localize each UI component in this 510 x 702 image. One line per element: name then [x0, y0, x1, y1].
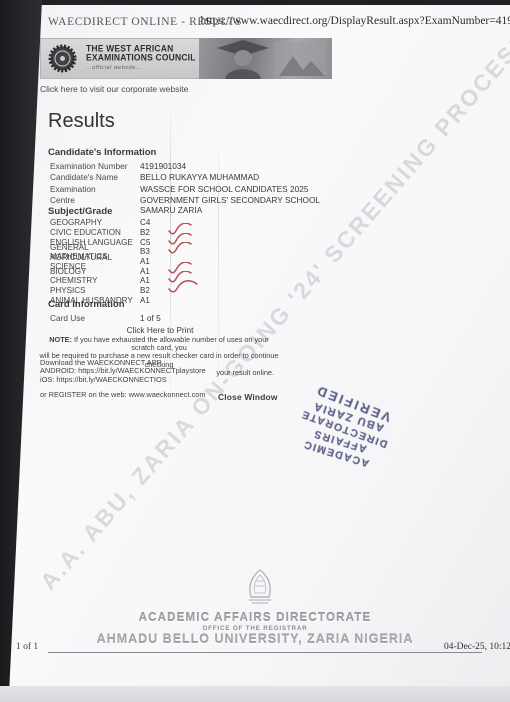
print-header-url: https://www.waecdirect.org/DisplayResult… [201, 15, 510, 27]
subject-grade: C5 [140, 238, 166, 247]
centre-line2: SAMARU ZARIA [140, 205, 202, 215]
directorate-name: ACADEMIC AFFAIRS DIRECTORATE [0, 612, 510, 624]
candidate-row-label: Centre [50, 195, 140, 205]
candidate-row-label: Examination Number [50, 161, 140, 171]
red-tick-mark-icon [168, 241, 192, 259]
banner-graduate-photo [199, 38, 332, 79]
subject-grade: B2 [140, 228, 166, 237]
waec-banner: THE WEST AFRICAN EXAMINATIONS COUNCIL ..… [40, 38, 332, 79]
candidate-row-label: Examination [50, 184, 140, 194]
close-window-link: Close Window [218, 392, 278, 402]
subject-row: PHYSICS B2 [50, 286, 198, 296]
scanner-edge-bottom [0, 686, 510, 702]
subject-name: GEOGRAPHY [50, 218, 140, 227]
card-use-value: 1 of 5 [140, 313, 161, 323]
org-name-subtitle: ...official website... [86, 64, 196, 73]
note-bold: NOTE: [49, 335, 72, 344]
card-use-row: Card Use 1 of 5 [50, 313, 161, 324]
subject-name: CIVIC EDUCATION [50, 228, 140, 237]
note-line1: NOTE: If you have exhausted the allowabl… [38, 336, 280, 352]
card-info-rows: Card Use 1 of 5 [50, 313, 161, 324]
footer-rule [48, 652, 482, 653]
candidate-row-value: BELLO RUKAYYA MUHAMMAD [140, 172, 259, 182]
subject-grade: A1 [140, 276, 166, 285]
subject-name: BIOLOGY [50, 267, 140, 276]
card-use-label: Card Use [50, 313, 140, 323]
card-info-heading: Card Information [48, 299, 125, 310]
candidate-row-label: Candidate's Name [50, 172, 140, 182]
red-tick-mark-icon [168, 280, 198, 299]
university-name: AHMADU BELLO UNIVERSITY, ZARIA NIGERIA [0, 632, 510, 646]
scanned-results-page: A.A. ABU, ZARIA ON-GOING '24' SCREENING … [0, 0, 510, 702]
print-footer-timestamp: 04-Dec-25, 10:12 A [444, 642, 510, 652]
app-ios-link: iOS: https://bit.ly/WAECKONNECTIOS [40, 376, 206, 384]
candidate-row: Examination Number 4191901034 [50, 161, 320, 172]
candidate-row-value: 4191901034 [140, 161, 186, 171]
candidate-info-heading: Candidate's Information [48, 147, 156, 158]
subject-grade: C4 [140, 218, 166, 227]
corporate-website-link: Click here to visit our corporate websit… [40, 84, 188, 94]
graduate-photo-art [199, 38, 332, 79]
centre-line1: GOVERNMENT GIRLS' SECONDARY SCHOOL [140, 195, 320, 205]
waec-logo-icon [47, 43, 78, 74]
candidate-row-value: WASSCE FOR SCHOOL CANDIDATES 2025 [140, 184, 308, 194]
print-footer-page-number: 1 of 1 [16, 642, 38, 652]
candidate-row: Candidate's Name BELLO RUKAYYA MUHAMMAD [50, 172, 320, 183]
subject-grade: B3 [140, 247, 166, 256]
verification-stamp: ACADEMIC AFFAIRS DIRECTORATE ABU ZARIA V… [275, 377, 414, 479]
subject-grade-heading: Subject/Grade [48, 206, 112, 217]
abu-crest-icon [240, 567, 280, 609]
register-web-link: or REGISTER on the web: www.waeckonnect.… [40, 390, 206, 399]
waec-org-name: THE WEST AFRICAN EXAMINATIONS COUNCIL ..… [86, 44, 196, 73]
registrar-office: OFFICE OF THE REGISTRAR [0, 625, 510, 632]
subject-grade-rows: GEOGRAPHY C4 CIVIC EDUCATION B2 ENGLISH … [50, 218, 198, 305]
subject-grade: A1 [140, 267, 166, 276]
subject-grade: B2 [140, 286, 166, 295]
scanner-edge-left [0, 0, 42, 690]
page-title: Results [48, 110, 115, 133]
subject-name: PHYSICS [50, 286, 140, 295]
waeckonnect-app-block: Download the WAECKONNECT APP ANDROID: ht… [40, 359, 206, 384]
org-name-line2: EXAMINATIONS COUNCIL [86, 53, 196, 63]
candidate-row: Examination WASSCE FOR SCHOOL CANDIDATES… [50, 184, 320, 195]
scanner-edge-top [0, 0, 510, 5]
subject-grade: A1 [140, 257, 166, 266]
subject-name: CHEMISTRY [50, 276, 140, 285]
click-here-to-print-link: Click Here to Print [110, 325, 210, 335]
subject-grade: A1 [140, 296, 166, 305]
candidate-row-value: GOVERNMENT GIRLS' SECONDARY SCHOOL SAMAR… [140, 195, 320, 215]
